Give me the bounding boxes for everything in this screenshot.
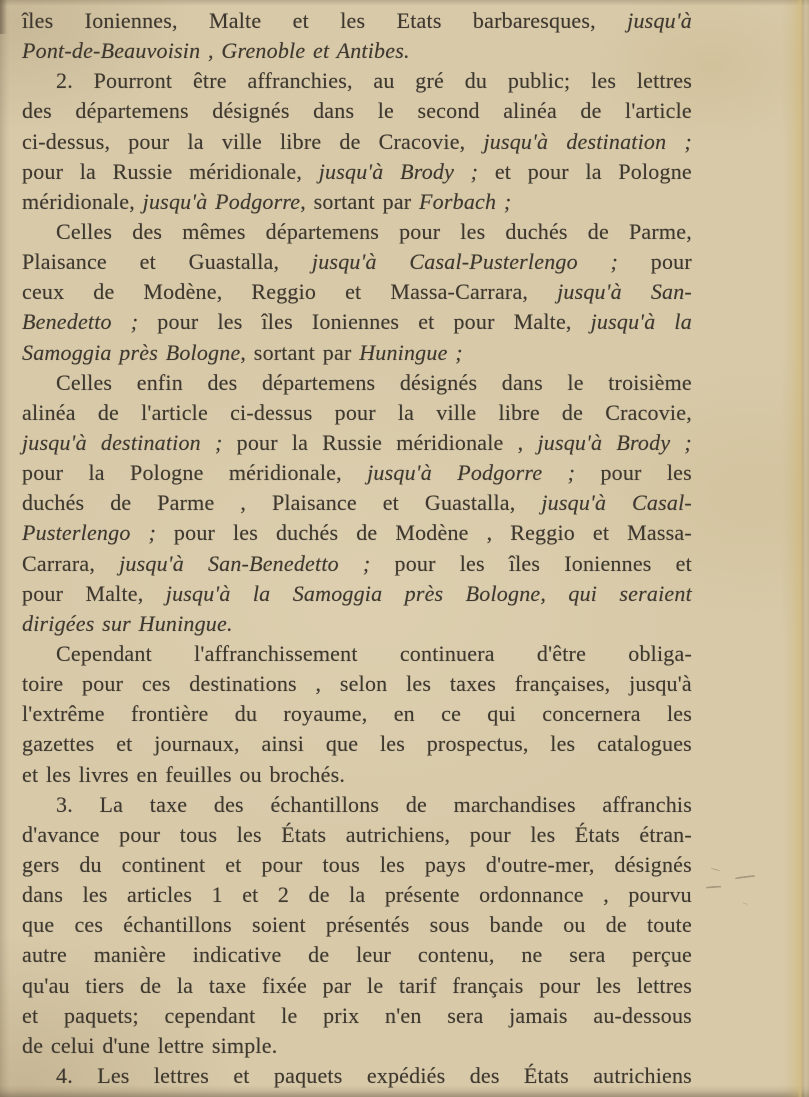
- text-word: d'outre-mer,: [486, 850, 595, 880]
- text-word: et: [418, 307, 434, 337]
- text-word: désignés: [400, 368, 477, 398]
- text-word: prix: [323, 1001, 359, 1031]
- text-line: îlesIoniennes,MalteetlesEtatsbarbaresque…: [22, 6, 692, 36]
- text-word: et: [593, 518, 609, 548]
- text-word: la: [292, 428, 308, 458]
- text-word: pour: [128, 127, 169, 157]
- text-word: Russie: [113, 157, 173, 187]
- text-word: dans: [502, 368, 543, 398]
- text-word: de: [562, 398, 583, 428]
- text-word: tous: [322, 850, 359, 880]
- text-word: manière: [94, 940, 166, 970]
- text-word: départemens: [75, 96, 188, 126]
- text-line: alinéadel'articleci-dessuspourlavillelib…: [22, 398, 692, 428]
- text-word: les: [530, 820, 555, 850]
- text-word: ,: [316, 669, 322, 699]
- text-word: Russie: [322, 428, 382, 458]
- text-word: pour: [22, 579, 63, 609]
- text-word: ordonnance: [479, 880, 584, 910]
- text-word: pour: [395, 549, 436, 579]
- text-word: ;: [363, 549, 371, 579]
- text-word: Parme,: [629, 217, 692, 247]
- text-word: la: [253, 579, 271, 609]
- text-word: troisième: [608, 368, 692, 398]
- text-word: de: [406, 790, 427, 820]
- text-word: taxe: [209, 971, 246, 1001]
- text-word: continent: [122, 850, 206, 880]
- text-word: pourvu: [628, 880, 692, 910]
- text-word: lettres: [637, 971, 692, 1001]
- text-word: San-Benedetto: [208, 549, 339, 579]
- text-word: Etats: [397, 6, 442, 36]
- text-word: être: [193, 66, 227, 96]
- text-word: marchandises: [454, 790, 576, 820]
- text-word: jusqu'à: [557, 277, 622, 307]
- text-word: pour: [539, 971, 580, 1001]
- text-word: États: [281, 820, 326, 850]
- text-word: les: [340, 6, 365, 36]
- text-word: ,: [487, 518, 493, 548]
- text-word: paquets;: [64, 1001, 139, 1031]
- text-word: Ioniennes,: [85, 6, 178, 36]
- text-word: ces: [142, 669, 171, 699]
- text-word: et: [225, 850, 241, 880]
- text-word: Ioniennes: [312, 307, 399, 337]
- text-word: présente: [385, 880, 460, 910]
- text-word: pour: [470, 820, 511, 850]
- text-word: les: [460, 549, 485, 579]
- text-word: du: [79, 850, 101, 880]
- text-word: San-: [651, 277, 692, 307]
- text-word: et: [676, 549, 692, 579]
- text-word: alinéa: [22, 398, 76, 428]
- text-word: gazettes: [22, 729, 94, 759]
- text-word: françaises,: [515, 669, 611, 699]
- text-word: bande: [490, 910, 544, 940]
- text-word: des: [132, 217, 162, 247]
- text-line: autremanièreindicativedeleurcontenu,nese…: [22, 940, 692, 970]
- text-word: Ioniennes: [564, 549, 651, 579]
- text-word: Guastalla,: [425, 488, 516, 518]
- text-word: les: [591, 66, 616, 96]
- text-word: de: [606, 910, 627, 940]
- text-line: 3.Lataxedeséchantillonsdemarchandisesaff…: [22, 790, 692, 820]
- text-word: les: [596, 971, 621, 1001]
- text-word: gré: [415, 66, 444, 96]
- text-word: ce: [441, 699, 461, 729]
- text-word: jusqu'à: [629, 669, 692, 699]
- text-word: journaux,: [154, 729, 240, 759]
- text-word: de: [588, 217, 609, 247]
- text-word: Cracovie,: [605, 398, 692, 428]
- text-word: et: [140, 247, 156, 277]
- text-word: perçue: [632, 940, 692, 970]
- text-word: la: [80, 157, 96, 187]
- text-word: départemens: [262, 368, 375, 398]
- text-word: étran-: [639, 820, 692, 850]
- text-word: la: [398, 398, 414, 428]
- text-word: duchés: [276, 518, 338, 548]
- text-line: Cellesenfindesdépartemensdésignésdanslet…: [22, 368, 692, 398]
- text-word: tarif: [399, 971, 437, 1001]
- text-word: libre: [280, 127, 321, 157]
- text-line: ceuxdeModène,ReggioetMassa-Carrara,jusqu…: [22, 277, 692, 307]
- text-word: qu'au: [22, 971, 70, 1001]
- text-word: leur: [356, 940, 391, 970]
- text-line: PlaisanceetGuastalla,jusqu'àCasal-Puster…: [22, 247, 692, 277]
- document-page: îlesIoniennes,MalteetlesEtatsbarbaresque…: [0, 0, 809, 1097]
- text-word: mêmes: [182, 217, 245, 247]
- text-word: le: [281, 1001, 297, 1031]
- text-word: toute: [647, 910, 692, 940]
- text-line: qu'autiersdelataxefixéeparletariffrançai…: [22, 971, 692, 1001]
- text-word: autre: [22, 940, 67, 970]
- text-word: 2.: [56, 66, 73, 96]
- text-word: de: [308, 940, 329, 970]
- text-word: affranchis: [602, 790, 692, 820]
- text-segment: Pont-de-Beauvoisin , Grenoble et Antibes…: [22, 38, 410, 63]
- text-word: îles: [22, 6, 53, 36]
- text-word: ,: [240, 488, 246, 518]
- text-word: tiers: [85, 971, 124, 1001]
- text-word: tous: [180, 820, 217, 850]
- text-word: et: [345, 277, 361, 307]
- text-segment: , sortant par: [300, 189, 419, 214]
- text-word: duchés: [22, 488, 84, 518]
- text-word: présentés: [326, 910, 410, 940]
- text-word: jusqu'à: [319, 157, 384, 187]
- text-word: les: [217, 307, 242, 337]
- text-line: pourMalte,jusqu'àlaSamoggiaprèsBologne,q…: [22, 579, 692, 609]
- text-line: Cependantl'affranchissementcontinuerad'ê…: [22, 639, 692, 669]
- text-word: les: [83, 880, 108, 910]
- text-word: La: [100, 790, 124, 820]
- margin-pencil-mark: [711, 868, 720, 871]
- text-line: queceséchantillonssoientprésentéssousban…: [22, 910, 692, 940]
- text-line: Benedetto;pourlesîlesIoniennesetpourMalt…: [22, 307, 692, 337]
- text-word: ;: [684, 127, 692, 157]
- text-word: jusqu'à: [627, 6, 692, 36]
- text-segment: , sortant par: [240, 340, 359, 365]
- text-word: par: [323, 971, 352, 1001]
- text-word: Parme: [157, 488, 214, 518]
- text-word: continuera: [400, 639, 495, 669]
- text-word: ci-dessus: [230, 398, 312, 428]
- text-word: Guastalla,: [189, 247, 280, 277]
- text-word: Casal-: [632, 488, 692, 518]
- text-word: Podgorre: [457, 458, 542, 488]
- text-line: gazettesetjournaux,ainsiquelesprospectus…: [22, 729, 692, 759]
- text-word: public;: [508, 66, 571, 96]
- text-word: sous: [430, 910, 470, 940]
- text-word: soient: [252, 910, 306, 940]
- text-word: gers: [22, 850, 59, 880]
- text-word: ,: [518, 428, 524, 458]
- text-word: cependant: [165, 1001, 256, 1031]
- text-word: fixée: [262, 971, 307, 1001]
- text-word: pour: [22, 157, 63, 187]
- text-segment: Huningue ;: [359, 340, 463, 365]
- text-word: les: [667, 699, 692, 729]
- text-word: îles: [261, 307, 292, 337]
- text-word: seraient: [619, 579, 691, 609]
- text-word: Carrara,: [22, 549, 95, 579]
- text-word: pour: [261, 850, 302, 880]
- text-line: Carrara,jusqu'àSan-Benedetto;pourlesîles…: [22, 549, 692, 579]
- text-word: pour: [119, 820, 160, 850]
- text-line: etpaquets;cependantleprixn'enserajamaisa…: [22, 1001, 692, 1031]
- text-word: jusqu'à: [483, 127, 548, 157]
- text-word: Pologne: [618, 157, 692, 187]
- text-word: taxe: [150, 790, 187, 820]
- page-edge-bottom-shadow: [0, 1085, 809, 1097]
- text-word: l'affranchissement: [194, 639, 358, 669]
- text-word: ville: [222, 127, 262, 157]
- text-line: duchésdeParme,PlaisanceetGuastalla,jusqu…: [22, 488, 692, 518]
- text-word: d'être: [537, 639, 586, 669]
- text-word: ;: [131, 307, 139, 337]
- text-word: ;: [611, 247, 619, 277]
- margin-pencil-mark: [706, 885, 721, 888]
- text-word: de: [140, 971, 161, 1001]
- text-word: Samoggia: [293, 579, 383, 609]
- text-word: désignés: [212, 96, 289, 126]
- text-word: jusqu'à: [166, 579, 231, 609]
- text-word: en: [394, 699, 415, 729]
- text-word: le: [367, 971, 383, 1001]
- text-word: pour: [528, 157, 569, 187]
- text-word: ci-dessus,: [22, 127, 110, 157]
- text-line: Pusterlengo;pourlesduchésdeModène,Reggio…: [22, 518, 692, 548]
- text-word: du: [235, 699, 257, 729]
- text-line: jusqu'àdestination;pourlaRussieméridiona…: [22, 428, 692, 458]
- text-word: destination: [566, 127, 666, 157]
- text-word: destination: [101, 428, 201, 458]
- page-edge-left-shadow: [0, 0, 10, 1097]
- text-word: affranchies,: [247, 66, 352, 96]
- text-word: Malte: [209, 6, 261, 36]
- text-word: prospectus,: [427, 729, 529, 759]
- text-word: pour: [22, 458, 63, 488]
- text-word: le: [378, 96, 394, 126]
- text-word: ;: [568, 458, 576, 488]
- text-word: toire: [22, 669, 63, 699]
- text-word: l'extrême: [22, 699, 105, 729]
- text-word: Pourront: [94, 66, 173, 96]
- text-word: de: [98, 398, 119, 428]
- text-segment: Forbach ;: [419, 189, 511, 214]
- text-line: l'extrêmefrontièreduroyaume,encequiconce…: [22, 699, 692, 729]
- text-word: alinéa: [503, 96, 557, 126]
- text-word: les: [550, 729, 575, 759]
- text-word: selon: [340, 669, 387, 699]
- text-line: Samoggia près Bologne, sortant par Hunin…: [22, 338, 692, 368]
- text-segment: de celui d'une lettre simple.: [22, 1033, 277, 1058]
- text-word: Malte,: [85, 579, 143, 609]
- text-segment: méridionale,: [22, 189, 143, 214]
- text-word: îles: [509, 549, 540, 579]
- text-word: ceux: [22, 277, 64, 307]
- text-word: États: [575, 820, 620, 850]
- margin-pencil-mark: [735, 875, 755, 879]
- text-line: 2.Pourrontêtreaffranchies,augrédupublic;…: [22, 66, 692, 96]
- text-word: français: [452, 971, 523, 1001]
- text-word: du: [465, 66, 487, 96]
- text-word: pour: [335, 398, 376, 428]
- text-word: les: [406, 669, 431, 699]
- text-line: de celui d'une lettre simple.: [22, 1031, 692, 1061]
- text-word: la: [177, 971, 193, 1001]
- text-word: Pologne: [130, 458, 204, 488]
- text-word: désignés: [615, 850, 692, 880]
- text-word: le: [567, 368, 583, 398]
- text-word: les: [237, 820, 262, 850]
- text-word: Modène,: [143, 277, 222, 307]
- text-word: jusqu'à: [312, 247, 377, 277]
- text-line: gersducontinentetpourtouslespaysd'outre-…: [22, 850, 692, 880]
- text-word: les: [380, 729, 405, 759]
- text-word: la: [187, 127, 203, 157]
- text-word: de: [309, 880, 330, 910]
- text-word: sera: [447, 1001, 483, 1031]
- text-word: destinations: [189, 669, 297, 699]
- text-word: la: [585, 157, 601, 187]
- text-word: près: [405, 579, 444, 609]
- text-word: méridionale,: [189, 157, 302, 187]
- scan-corner-mark: [0, 0, 7, 34]
- text-word: Reggio: [510, 518, 575, 548]
- text-word: des: [214, 790, 244, 820]
- text-word: d'avance: [22, 820, 100, 850]
- text-word: ;: [148, 518, 156, 548]
- text-word: échantillons: [123, 910, 232, 940]
- text-word: Malte,: [514, 307, 572, 337]
- text-word: 2: [278, 880, 289, 910]
- text-word: pays: [425, 850, 466, 880]
- text-line: et les livres en feuilles ou brochés.: [22, 760, 692, 790]
- text-word: ,: [603, 880, 609, 910]
- text-line: Cellesdesmêmesdépartemenspourlesduchésde…: [22, 217, 692, 247]
- text-word: frontière: [131, 699, 209, 729]
- text-line: dirigées sur Huningue.: [22, 609, 692, 639]
- text-word: les: [667, 458, 692, 488]
- text-line: desdépartemensdésignésdanslesecondalinéa…: [22, 96, 692, 126]
- text-word: échantillons: [270, 790, 379, 820]
- text-word: et: [116, 729, 132, 759]
- text-word: lettres: [637, 66, 692, 96]
- text-word: concernera: [542, 699, 640, 729]
- text-line: toirepourcesdestinations,selonlestaxesfr…: [22, 669, 692, 699]
- text-word: Bologne,: [466, 579, 546, 609]
- text-word: pour: [453, 307, 494, 337]
- text-word: des: [207, 368, 237, 398]
- text-word: que: [326, 729, 358, 759]
- text-word: les: [460, 217, 485, 247]
- text-word: Cracovie,: [379, 127, 466, 157]
- text-word: Casal-Pusterlengo: [409, 247, 577, 277]
- text-word: qui: [487, 699, 516, 729]
- text-word: ces: [74, 910, 103, 940]
- text-word: pour: [237, 428, 278, 458]
- text-word: contenu,: [418, 940, 495, 970]
- text-word: pour: [399, 217, 440, 247]
- text-word: Brody: [616, 428, 670, 458]
- text-word: barbaresques,: [473, 6, 596, 36]
- text-block: îlesIoniennes,MalteetlesEtatsbarbaresque…: [22, 6, 692, 1091]
- text-word: libre: [498, 398, 539, 428]
- text-line: d'avancepourtouslesÉtatsautrichiens,pour…: [22, 820, 692, 850]
- page-edge-top-shadow: [0, 0, 809, 6]
- text-word: jusqu'à: [541, 488, 606, 518]
- text-line: pourlaPologneméridionale,jusqu'àPodgorre…: [22, 458, 692, 488]
- text-word: jusqu'à: [22, 428, 87, 458]
- text-word: 1: [212, 880, 223, 910]
- text-word: sera: [569, 940, 605, 970]
- text-segment: et les livres en feuilles ou brochés.: [22, 762, 345, 787]
- text-word: Massa-Carrara,: [390, 277, 528, 307]
- text-word: Modène: [395, 518, 468, 548]
- text-word: l'article: [625, 96, 692, 126]
- text-word: les: [380, 850, 405, 880]
- text-word: ne: [521, 940, 542, 970]
- text-line: pourlaRussieméridionale,jusqu'àBrody;etp…: [22, 157, 692, 187]
- text-word: Massa-: [627, 518, 692, 548]
- text-word: de: [356, 518, 377, 548]
- text-word: la: [88, 458, 104, 488]
- text-word: jusqu'à: [367, 458, 432, 488]
- text-word: dans: [313, 96, 354, 126]
- margin-pencil-mark: [742, 902, 748, 905]
- text-word: enfin: [137, 368, 183, 398]
- text-word: et: [383, 488, 399, 518]
- text-line: ci-dessus,pourlavillelibredeCracovie,jus…: [22, 127, 692, 157]
- text-word: les: [233, 518, 258, 548]
- text-line: danslesarticles1et2delaprésenteordonnanc…: [22, 880, 692, 910]
- text-word: second: [417, 96, 479, 126]
- text-word: qui: [568, 579, 597, 609]
- text-word: de: [110, 488, 131, 518]
- text-word: n'en: [385, 1001, 422, 1031]
- text-word: Plaisance: [22, 247, 107, 277]
- text-segment: Samoggia près Bologne: [22, 340, 240, 365]
- text-word: obliga-: [628, 639, 692, 669]
- text-word: Celles: [56, 217, 112, 247]
- text-word: autrichiens,: [346, 820, 450, 850]
- text-word: des: [22, 96, 52, 126]
- page-edge-right-strip: [781, 0, 809, 1097]
- text-word: Brody: [400, 157, 454, 187]
- text-segment: jusqu'à Podgorre: [143, 189, 301, 214]
- text-word: et: [242, 880, 258, 910]
- text-word: ville: [436, 398, 476, 428]
- text-word: indicative: [193, 940, 282, 970]
- text-word: pour: [651, 247, 692, 277]
- text-word: ;: [684, 428, 692, 458]
- text-word: jusqu'à: [591, 307, 656, 337]
- text-word: la: [349, 880, 365, 910]
- text-word: taxes: [450, 669, 496, 699]
- text-word: ainsi: [262, 729, 305, 759]
- text-word: de: [580, 96, 601, 126]
- text-word: Benedetto: [22, 307, 112, 337]
- text-line: méridionale, jusqu'à Podgorre, sortant p…: [22, 187, 692, 217]
- text-word: de: [339, 127, 360, 157]
- text-word: la: [674, 307, 692, 337]
- text-line: Pont-de-Beauvoisin , Grenoble et Antibes…: [22, 36, 692, 66]
- text-word: Plaisance: [272, 488, 357, 518]
- text-word: que: [22, 910, 54, 940]
- text-word: 3.: [56, 790, 73, 820]
